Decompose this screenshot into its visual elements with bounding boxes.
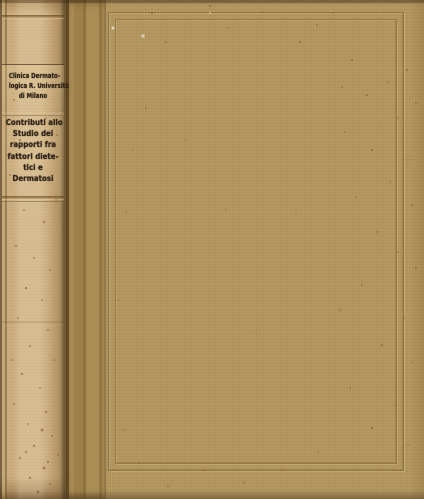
spine-label-line: Dermatosi xyxy=(6,173,61,184)
spine-label-line: Studio dei xyxy=(6,128,61,139)
spine-label-line: di Milano xyxy=(9,91,57,101)
book-photo: Clinica Dermato- logica R. Università di… xyxy=(0,0,424,499)
book-hinge-groove xyxy=(66,0,106,499)
spine-label-line: logica R. Università xyxy=(9,81,57,91)
spine-label-line: rapporti fra xyxy=(6,139,61,150)
spine-label-line: Clinica Dermato- xyxy=(9,71,57,81)
spine-label-line: Contributi allo xyxy=(6,117,61,128)
blind-stamped-frame-inner xyxy=(115,19,397,464)
blind-stamped-frame-outer xyxy=(108,12,404,471)
spine-band-top xyxy=(2,15,64,18)
spine-label-institution: Clinica Dermato- logica R. Università di… xyxy=(2,64,64,116)
spine-label-line: fattori diete- xyxy=(6,151,61,162)
book-spine: Clinica Dermato- logica R. Università di… xyxy=(0,0,66,499)
spine-label-title: Contributi allo Studio dei rapporti fra … xyxy=(2,112,64,202)
spine-band-faint xyxy=(2,321,64,324)
spine-band-middle xyxy=(2,196,64,199)
spine-label-line: tici e xyxy=(6,162,61,173)
